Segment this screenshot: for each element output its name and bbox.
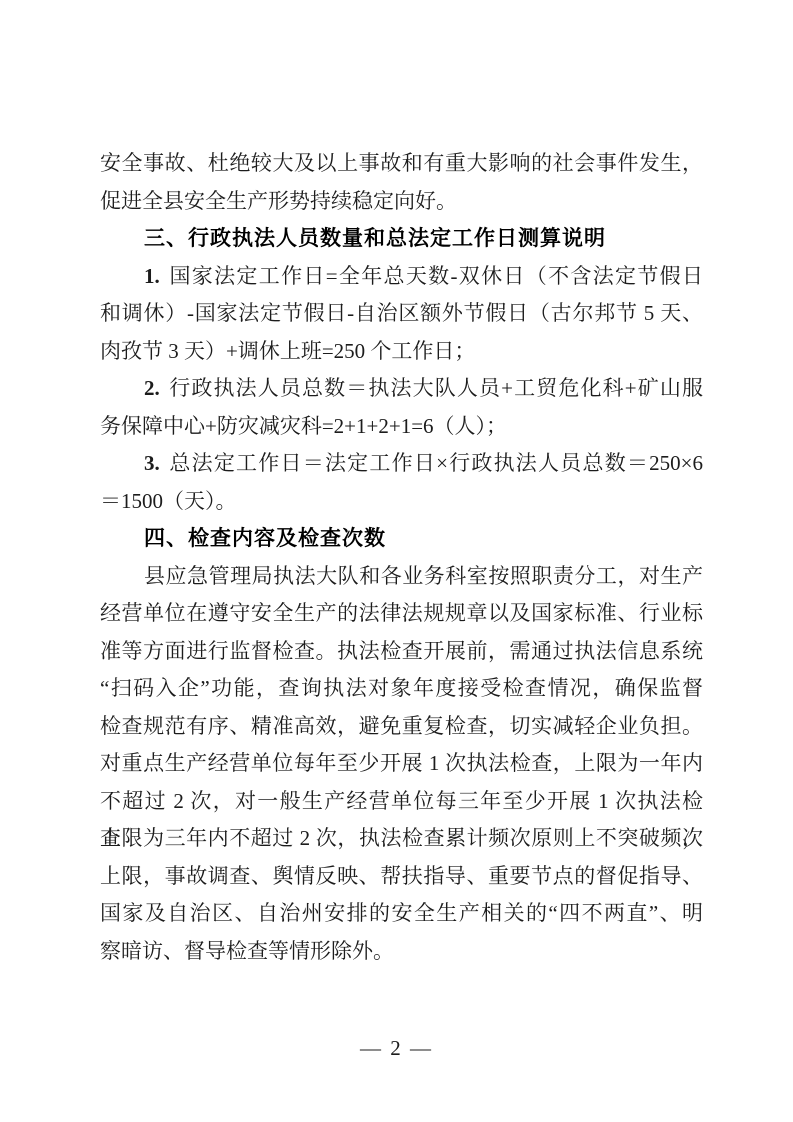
text-line: 国家及自治区、自治州安排的安全生产相关的“四不两直”、明	[100, 895, 703, 933]
text-line: 2.行政执法人员总数＝执法大队人员+工贸危化科+矿山服	[100, 370, 703, 408]
line-text: 行政执法人员总数＝执法大队人员+工贸危化科+矿山服	[168, 376, 703, 400]
text-line: 上限为三年内不超过 2 次，执法检查累计频次原则上不突破频次	[100, 820, 703, 858]
text-line: 察暗访、督导检查等情形除外。	[100, 933, 703, 971]
list-number: 1.	[144, 264, 160, 288]
text-line: ＝1500（天）。	[100, 483, 703, 521]
text-line: 检查规范有序、精准高效，避免重复检查，切实减轻企业负担。	[100, 708, 703, 746]
section-heading-4: 四、检查内容及检查次数	[100, 520, 703, 558]
list-number: 2.	[144, 376, 160, 400]
text-line: “扫码入企”功能，查询执法对象年度接受检查情况，确保监督	[100, 670, 703, 708]
text-line: 肉孜节 3 天）+调休上班=250 个工作日；	[100, 333, 703, 371]
text-line: 经营单位在遵守安全生产的法律法规规章以及国家标准、行业标	[100, 595, 703, 633]
text-line: 对重点生产经营单位每年至少开展 1 次执法检查，上限为一年内	[100, 745, 703, 783]
line-text: 国家法定工作日=全年总天数-双休日（不含法定节假日	[168, 264, 703, 288]
text-line: 不超过 2 次，对一般生产经营单位每三年至少开展 1 次执法检查，	[100, 783, 703, 821]
line-text: 总法定工作日＝法定工作日×行政执法人员总数＝250×6	[168, 451, 703, 475]
section-heading-3: 三、行政执法人员数量和总法定工作日测算说明	[100, 220, 703, 258]
text-line: 1.国家法定工作日=全年总天数-双休日（不含法定节假日	[100, 258, 703, 296]
text-line: 安全事故、杜绝较大及以上事故和有重大影响的社会事件发生，	[100, 145, 703, 183]
text-line: 3.总法定工作日＝法定工作日×行政执法人员总数＝250×6	[100, 445, 703, 483]
text-line: 和调休）-国家法定节假日-自治区额外节假日（古尔邦节 5 天、	[100, 295, 703, 333]
text-line: 县应急管理局执法大队和各业务科室按照职责分工，对生产	[100, 558, 703, 596]
text-line: 上限，事故调查、舆情反映、帮扶指导、重要节点的督促指导、	[100, 858, 703, 896]
list-number: 3.	[144, 451, 160, 475]
text-line: 务保障中心+防灾减灾科=2+1+2+1=6（人）；	[100, 408, 703, 446]
document-body: 安全事故、杜绝较大及以上事故和有重大影响的社会事件发生， 促进全县安全生产形势持…	[100, 145, 703, 970]
page-number: — 2 —	[0, 1036, 793, 1061]
document-page: 安全事故、杜绝较大及以上事故和有重大影响的社会事件发生， 促进全县安全生产形势持…	[0, 0, 793, 1122]
text-line: 促进全县安全生产形势持续稳定向好。	[100, 183, 703, 221]
text-line: 准等方面进行监督检查。执法检查开展前，需通过执法信息系统	[100, 633, 703, 671]
